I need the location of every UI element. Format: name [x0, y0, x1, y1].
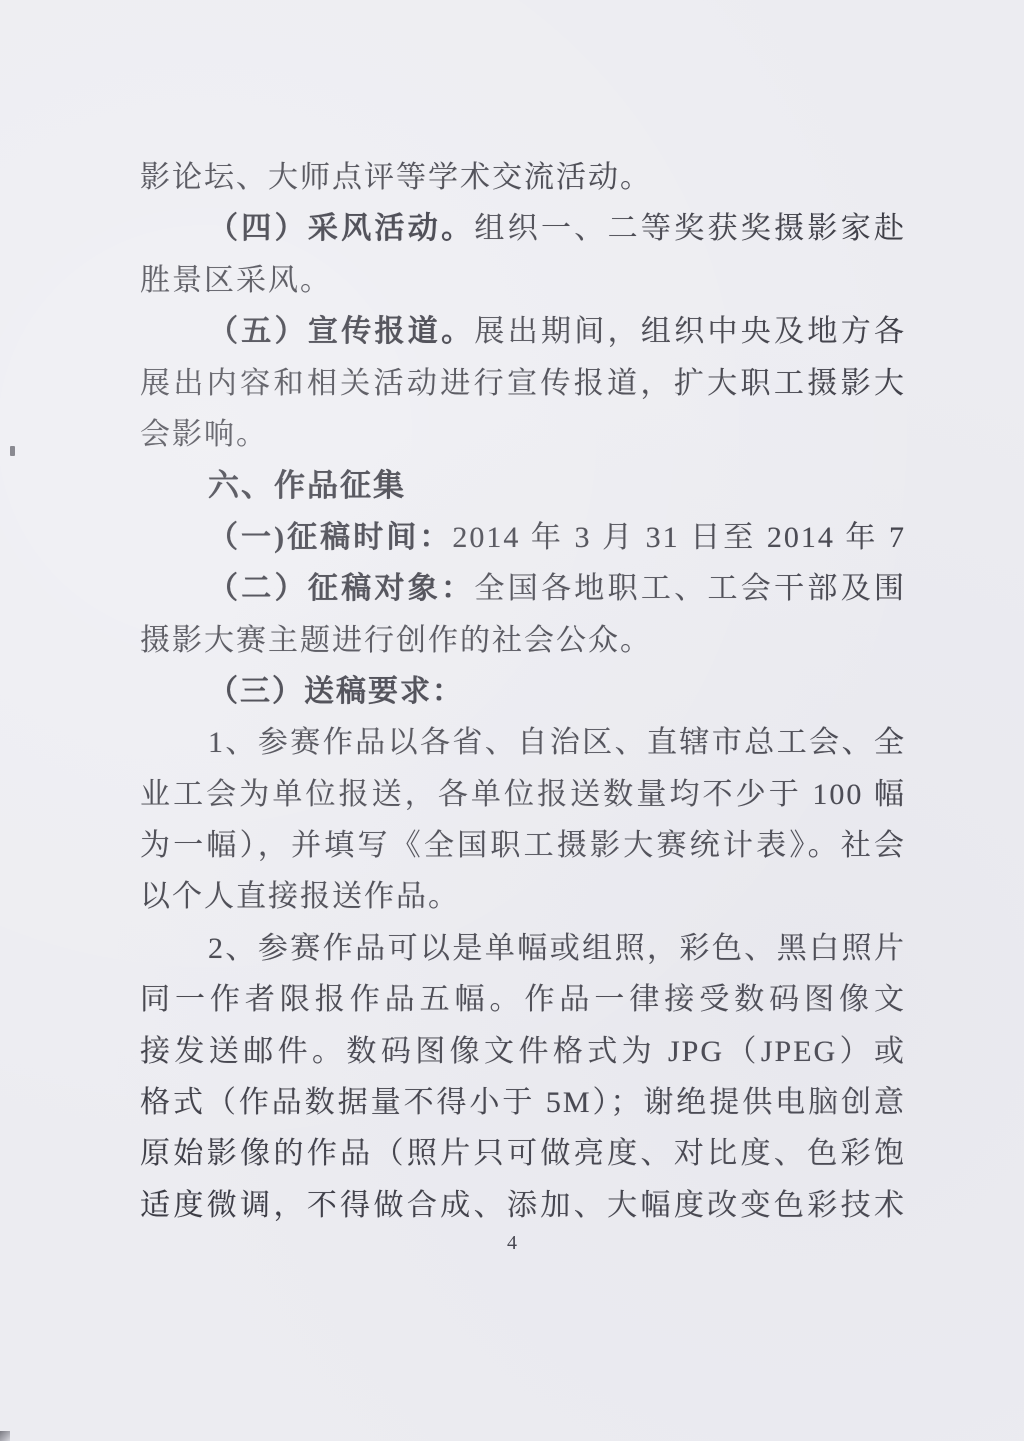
text-line: 同一作者限报作品五幅。作品一律接受数码图像文件，可直: [140, 974, 906, 1025]
text-line: 展出内容和相关活动进行宣传报道，扩大职工摄影大赛的社: [140, 358, 906, 409]
text-segment: （四）采风活动。: [208, 212, 474, 245]
text-line: 业工会为单位报送，各单位报送数量均不少于 100 幅（组照: [140, 769, 906, 820]
text-line: 以个人直接报送作品。: [140, 871, 906, 922]
scan-speck-artifact: [10, 446, 15, 456]
text-line: （二）征稿对象：全国各地职工、工会干部及围绕本次: [140, 563, 906, 614]
text-line: （四）采风活动。组织一、二等奖获奖摄影家赴山西名: [140, 203, 906, 254]
text-segment: 会影响。: [140, 418, 268, 451]
text-line: 胜景区采风。: [140, 255, 906, 306]
text-line: 摄影大赛主题进行创作的社会公众。: [140, 615, 906, 666]
text-segment: 六、作品征集: [208, 468, 406, 503]
text-line: 格式（作品数据量不得小于 5M）；谢绝提供电脑创意和改变: [140, 1077, 906, 1128]
text-segment: 摄影大赛主题进行创作的社会公众。: [140, 624, 652, 657]
text-line: 为一幅），并填写《全国职工摄影大赛统计表》。社会公众可: [140, 820, 906, 871]
text-line: 适度微调，不得做合成、添加、大幅度改变色彩技术处理）。: [140, 1180, 906, 1231]
text-line: 接发送邮件。数码图像文件格式为 JPG（JPEG）或 RAW 文件: [140, 1026, 906, 1077]
text-line: 影论坛、大师点评等学术交流活动。: [140, 152, 906, 203]
text-segment: 业工会为单位报送，各单位报送数量均不少于 100 幅（组照: [140, 778, 906, 820]
text-segment: 以个人直接报送作品。: [140, 880, 460, 913]
text-line: 会影响。: [140, 409, 906, 460]
text-line: 六、作品征集: [140, 460, 906, 511]
document-body: 影论坛、大师点评等学术交流活动。（四）采风活动。组织一、二等奖获奖摄影家赴山西名…: [140, 152, 906, 1231]
page-number: 4: [0, 1232, 1024, 1255]
text-segment: 展出内容和相关活动进行宣传报道，扩大职工摄影大赛的社: [140, 367, 906, 409]
text-line: 2、参赛作品可以是单幅或组照，彩色、黑白照片不限。: [140, 923, 906, 974]
text-line: （三）送稿要求：: [140, 666, 906, 717]
text-segment: 影论坛、大师点评等学术交流活动。: [140, 161, 652, 194]
scanned-document-page: 影论坛、大师点评等学术交流活动。（四）采风活动。组织一、二等奖获奖摄影家赴山西名…: [0, 0, 1024, 1441]
text-segment: 格式（作品数据量不得小于 5M）；谢绝提供电脑创意和改变: [140, 1086, 906, 1128]
text-line: 1、参赛作品以各省、自治区、直辖市总工会、全国各产: [140, 717, 906, 768]
text-segment: （二）征稿对象：: [208, 572, 474, 605]
text-line: （五）宣传报道。展出期间，组织中央及地方各媒体对: [140, 306, 906, 357]
text-segment: 为一幅），并填写《全国职工摄影大赛统计表》。社会公众可: [140, 829, 906, 871]
text-segment: 胜景区采风。: [140, 264, 332, 297]
text-line: 原始影像的作品（照片只可做亮度、对比度、色彩饱和度的: [140, 1128, 906, 1179]
text-segment: 1、参赛作品以各省、自治区、直辖市总工会、全国各产: [208, 726, 906, 768]
text-segment: （一)征稿时间：: [208, 521, 452, 554]
text-segment: （三）送稿要求：: [208, 675, 464, 708]
text-segment: 2、参赛作品可以是单幅或组照，彩色、黑白照片不限。: [208, 932, 906, 974]
scan-corner-artifact: [0, 1431, 10, 1441]
text-segment: （五）宣传报道。: [208, 315, 474, 348]
text-segment: 接发送邮件。数码图像文件格式为 JPG（JPEG）或 RAW 文件: [140, 1035, 906, 1077]
text-line: （一)征稿时间：2014 年 3 月 31 日至 2014 年 7 月 31 日…: [140, 512, 906, 563]
text-segment: 适度微调，不得做合成、添加、大幅度改变色彩技术处理）。: [140, 1189, 906, 1231]
text-segment: 同一作者限报作品五幅。作品一律接受数码图像文件，可直: [140, 983, 906, 1025]
text-segment: 原始影像的作品（照片只可做亮度、对比度、色彩饱和度的: [140, 1137, 906, 1179]
